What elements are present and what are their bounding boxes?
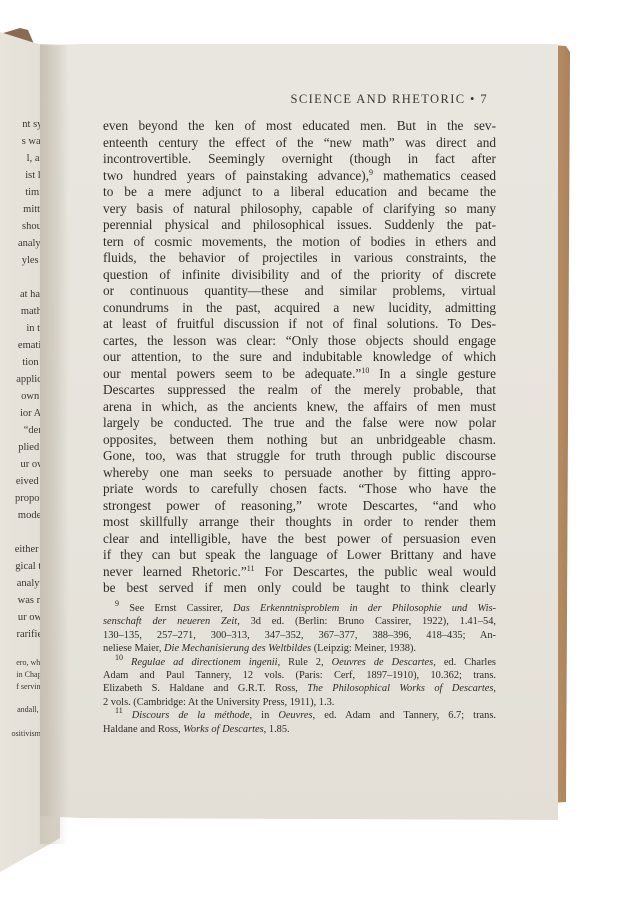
text-line: tern of cosmic movements, the motion of … — [103, 234, 496, 251]
fn-text: , ed. Charles — [433, 657, 496, 668]
text-segment: In a single gesture — [369, 366, 496, 381]
text-line: if they can but speak the language of Lo… — [103, 547, 496, 564]
fn-text: 130–135, 257–271, 300–313, 347–352, 367–… — [103, 630, 496, 641]
fn-title: Die Mechanisierung des Weltbildes — [164, 643, 311, 654]
footnote-11: 11 Discours de la méthode, in Oeuvres, e… — [103, 709, 496, 722]
fn-text: , 1.85. — [264, 724, 290, 735]
text-line: conundrums in the past, acquired a new l… — [103, 300, 496, 317]
fn-text: 2 vols. (Cambridge: At the University Pr… — [103, 697, 334, 708]
footnote-number: 9 — [115, 599, 119, 608]
text-line: two hundred years of painstaking advance… — [103, 168, 496, 185]
fn-text: , — [493, 683, 496, 694]
text-segment: For Descartes, the public weal would — [254, 564, 496, 579]
text-line: at least of fruitful discussion if not o… — [103, 316, 496, 333]
fn-title: Regulae ad directionem ingenii — [131, 657, 278, 668]
text-line: whereby one man seeks to persuade anothe… — [103, 465, 496, 482]
footnote-line: senschaft der neueren Zeit, 3d ed. (Berl… — [103, 615, 496, 628]
fn-text: See Ernst Cassirer, — [129, 603, 233, 614]
fn-text: , Rule 2, — [278, 657, 332, 668]
fn-text: Haldane and Ross, — [103, 724, 183, 735]
text-line: perennial physical and philosophical iss… — [103, 217, 496, 234]
fn-text: (Leipzig: Meiner, 1938). — [311, 643, 416, 654]
text-line: to be a mere adjunct to a liberal educat… — [103, 184, 496, 201]
footnote-line: 130–135, 257–271, 300–313, 347–352, 367–… — [103, 629, 496, 642]
fn-text: Adam and Paul Tannery, 12 vols. (Paris: … — [103, 670, 496, 681]
fn-title: Discours de la méthode — [132, 710, 250, 721]
fn-text: , 3d ed. (Berlin: Bruno Cassirer, 1922),… — [237, 616, 496, 627]
text-segment: mathematics ceased — [373, 168, 496, 183]
text-line: very basis of natural philosophy, capabl… — [103, 201, 496, 218]
text-line: cartes, the lesson was clear: “Only thos… — [103, 333, 496, 350]
footnote-9: 9 See Ernst Cassirer, Das Erkenntnisprob… — [103, 602, 496, 615]
fn-title: Das Erkenntnisproblem in der Philosophie… — [233, 603, 496, 614]
fn-text: , in — [250, 710, 279, 721]
fn-text: , ed. Adam and Tannery, 6.7; trans. — [313, 710, 496, 721]
footnote-number: 11 — [115, 706, 123, 715]
fn-title: Oeuvres — [278, 710, 312, 721]
text-line: enteenth century the effect of the “new … — [103, 135, 496, 152]
text-line: incontrovertible. Seemingly overnight (t… — [103, 151, 496, 168]
fn-text: neliese Maier, — [103, 643, 164, 654]
text-line: strongest power of reasoning,” wrote Des… — [103, 498, 496, 515]
text-line: question of infinite divisibility and of… — [103, 267, 496, 284]
footnotes: 9 See Ernst Cassirer, Das Erkenntnisprob… — [103, 602, 496, 736]
text-line: Descartes suppressed the realm of the me… — [103, 382, 496, 399]
text-line: arena in which, as the ancients knew, th… — [103, 399, 496, 416]
text-line: Gone, too, was that struggle for truth t… — [103, 448, 496, 465]
text-line: our mental powers seem to be adequate.”1… — [103, 366, 496, 383]
text-line: our attention, to the sure and indubitab… — [103, 349, 496, 366]
right-page: SCIENCE AND RHETORIC • 7 even beyond the… — [40, 44, 558, 820]
fn-title: The Philosophical Works of Descartes — [307, 683, 493, 694]
fn-text: Elizabeth S. Haldane and G.R.T. Ross, — [103, 683, 307, 694]
body-text: even beyond the ken of most educated men… — [103, 118, 496, 597]
fn-title: Oeuvres de Descartes — [332, 657, 434, 668]
text-line: largely be conducted. The true and the f… — [103, 415, 496, 432]
running-head: SCIENCE AND RHETORIC • 7 — [291, 92, 488, 107]
text-segment: our mental powers seem to be adequate.” — [103, 366, 361, 381]
fn-title: Works of Descartes — [183, 724, 263, 735]
footnote-10: 10 Regulae ad directionem ingenii, Rule … — [103, 656, 496, 669]
text-line: clear and intelligible, have the best po… — [103, 531, 496, 548]
text-line: fluids, the behavior of projectiles in v… — [103, 250, 496, 267]
text-line: be best served if men only could be taug… — [103, 580, 496, 597]
footnote-number: 10 — [115, 653, 123, 662]
text-line: even beyond the ken of most educated men… — [103, 118, 496, 135]
fn-title: senschaft der neueren Zeit — [103, 616, 237, 627]
text-segment: never learned Rhetoric.” — [103, 564, 247, 579]
text-line: priate words to carefully chosen facts. … — [103, 481, 496, 498]
footnote-line: Elizabeth S. Haldane and G.R.T. Ross, Th… — [103, 682, 496, 695]
footnote-line: Haldane and Ross, Works of Descartes, 1.… — [103, 723, 496, 736]
footnote-line: neliese Maier, Die Mechanisierung des We… — [103, 642, 496, 655]
text-line: opposites, between them nothing but an u… — [103, 432, 496, 449]
text-segment: two hundred years of painstaking advance… — [103, 168, 369, 183]
text-line: or continuous quantity—these and similar… — [103, 283, 496, 300]
footnote-line: 2 vols. (Cambridge: At the University Pr… — [103, 696, 496, 709]
text-line: most skillfully arrange their thoughts i… — [103, 514, 496, 531]
footnote-line: Adam and Paul Tannery, 12 vols. (Paris: … — [103, 669, 496, 682]
text-line: never learned Rhetoric.”11 For Descartes… — [103, 564, 496, 581]
